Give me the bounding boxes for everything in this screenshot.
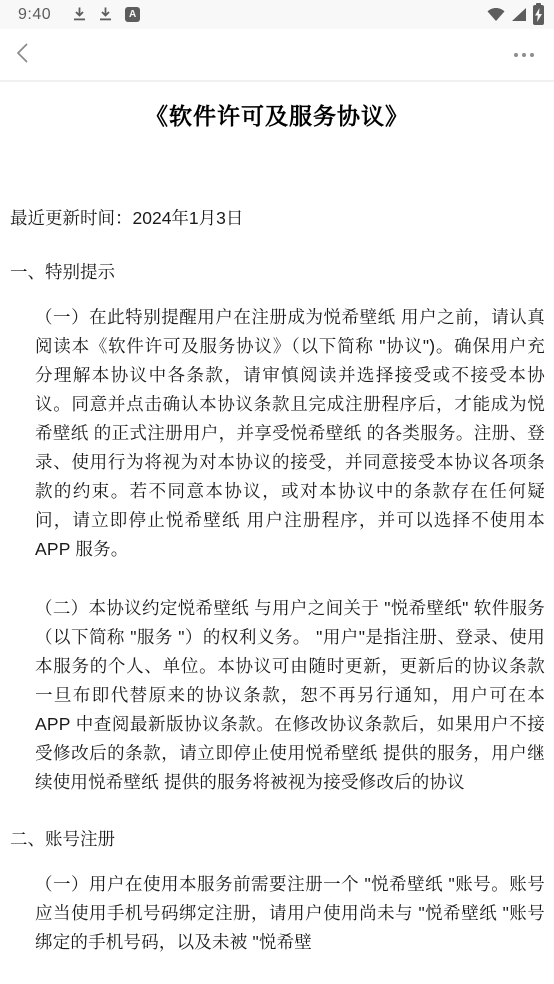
section-heading-2: 二、账号注册 [10, 827, 544, 851]
more-button[interactable] [506, 49, 538, 61]
cellular-signal-icon [512, 8, 526, 21]
agreement-scroll-area[interactable]: 《软件许可及服务协议》 最近更新时间：2024年1月3日 一、特别提示 （一）在… [0, 82, 554, 982]
download-icon [99, 7, 112, 22]
back-button[interactable] [12, 39, 33, 70]
wifi-icon [487, 8, 505, 21]
auto-brightness-icon: A [125, 7, 140, 22]
clock: 9:40 [18, 6, 51, 24]
ellipsis-icon [510, 53, 534, 57]
paragraph: （一）在此特别提醒用户在注册成为悦希壁纸 用户之前，请认真阅读本《软件许可及服务… [35, 303, 545, 564]
paragraph: （二）本协议约定悦希壁纸 与用户之间关于 "悦希壁纸" 软件服务（以下简称 "服… [35, 594, 545, 797]
status-bar: 9:40 A [0, 0, 554, 29]
chevron-left-icon [16, 43, 29, 66]
page-title: 《软件许可及服务协议》 [0, 98, 554, 131]
app-screen: 9:40 A [0, 0, 554, 984]
last-updated-line: 最近更新时间：2024年1月3日 [10, 206, 544, 230]
paragraph: （一）用户在使用本服务前需要注册一个 "悦希壁纸 "账号。账号应当使用手机号码绑… [35, 870, 545, 957]
nav-bar [0, 29, 554, 82]
download-icon [73, 7, 86, 22]
battery-charging-icon [533, 5, 544, 25]
section-heading-1: 一、特别提示 [10, 260, 544, 284]
